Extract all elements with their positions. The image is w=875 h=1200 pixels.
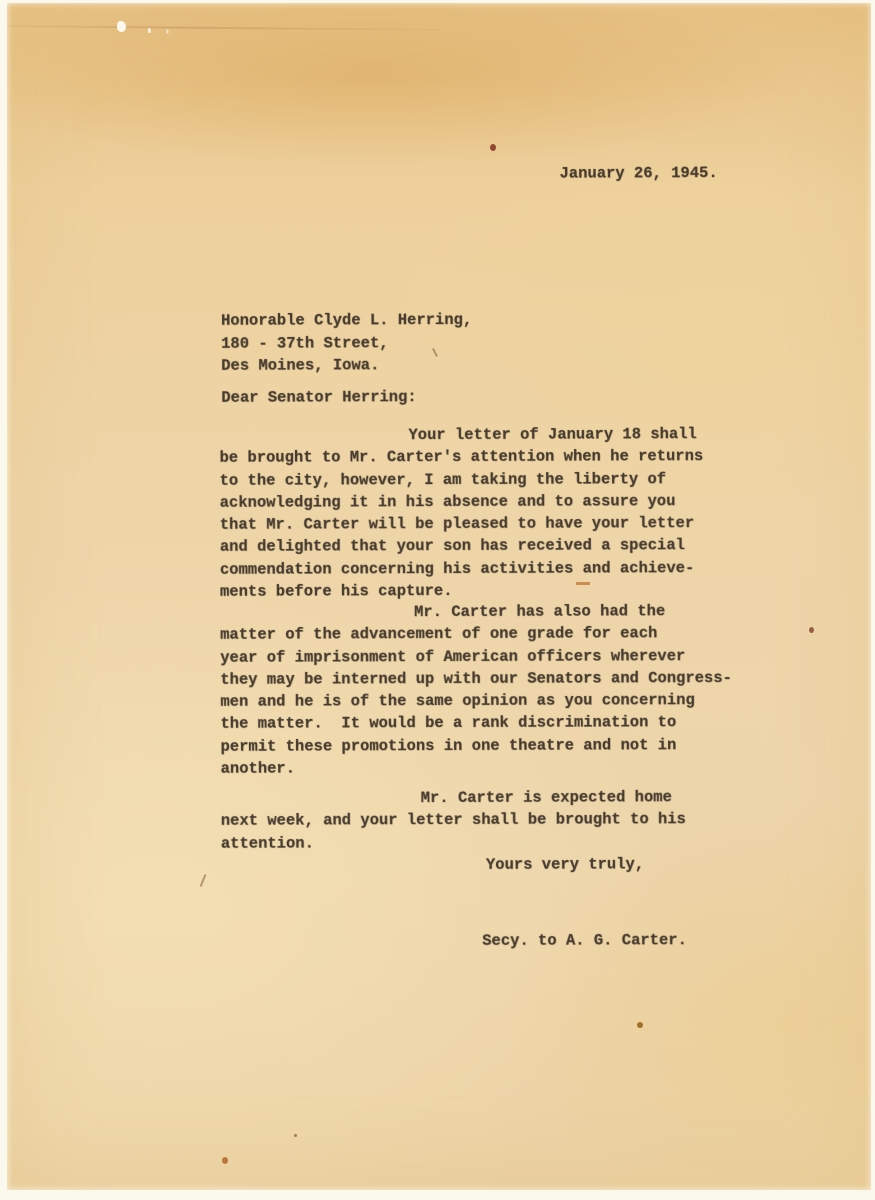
- letter-line: to the city, however, I am taking the li…: [220, 468, 704, 492]
- letter-line: next week, and your letter shall be brou…: [221, 808, 686, 832]
- letter-line: another.: [221, 756, 733, 780]
- letter-line: Mr. Carter has also had the: [220, 600, 732, 624]
- letter-line: matter of the advancement of one grade f…: [220, 622, 732, 646]
- scanned-letter: January 26, 1945. Honorable Clyde L. Her…: [0, 0, 875, 1200]
- letter-line: and delighted that your son has received…: [220, 535, 704, 559]
- signature-block: Secy. to A. G. Carter.: [482, 929, 687, 952]
- letter-line: that Mr. Carter will be pleased to have …: [220, 512, 704, 536]
- recipient-city: Des Moines, Iowa.: [221, 354, 472, 377]
- letter-line: Your letter of January 18 shall: [219, 423, 703, 447]
- closing-line: Yours very truly,: [486, 853, 644, 876]
- letter-line: attention.: [221, 831, 686, 855]
- letter-line: men and he is of the same opinion as you…: [220, 689, 732, 713]
- signature-line: Secy. to A. G. Carter.: [482, 929, 687, 952]
- salutation-line: Dear Senator Herring:: [221, 386, 416, 409]
- paragraph-3: Mr. Carter is expected home next week, a…: [221, 786, 686, 855]
- recipient-name: Honorable Clyde L. Herring,: [221, 309, 472, 332]
- recipient-address: Honorable Clyde L. Herring, 180 - 37th S…: [221, 309, 472, 377]
- paragraph-1: Your letter of January 18 shall be broug…: [219, 423, 703, 603]
- letter-line: Mr. Carter is expected home: [221, 786, 686, 810]
- letter-line: be brought to Mr. Carter's attention whe…: [219, 445, 703, 469]
- letter-line: commendation concerning his activities a…: [220, 557, 704, 581]
- salutation: Dear Senator Herring:: [221, 386, 416, 409]
- paragraph-2: Mr. Carter has also had the matter of th…: [220, 600, 732, 780]
- paper-sheet: January 26, 1945. Honorable Clyde L. Her…: [7, 3, 871, 1190]
- letter-line: they may be interned up with our Senator…: [220, 667, 732, 691]
- letter-line: permit these promotions in one theatre a…: [220, 734, 732, 758]
- recipient-street: 180 - 37th Street,: [221, 331, 472, 354]
- letter-line: acknowledging it in his absence and to a…: [220, 490, 704, 514]
- letter-text: January 26, 1945. Honorable Clyde L. Her…: [5, 1, 873, 1191]
- letter-line: the matter. It would be a rank discrimin…: [220, 711, 732, 735]
- complimentary-closing: Yours very truly,: [486, 853, 644, 876]
- letter-line: year of imprisonment of American officer…: [220, 645, 732, 669]
- letter-date: January 26, 1945.: [559, 162, 717, 185]
- letter-date-block: January 26, 1945.: [559, 162, 717, 185]
